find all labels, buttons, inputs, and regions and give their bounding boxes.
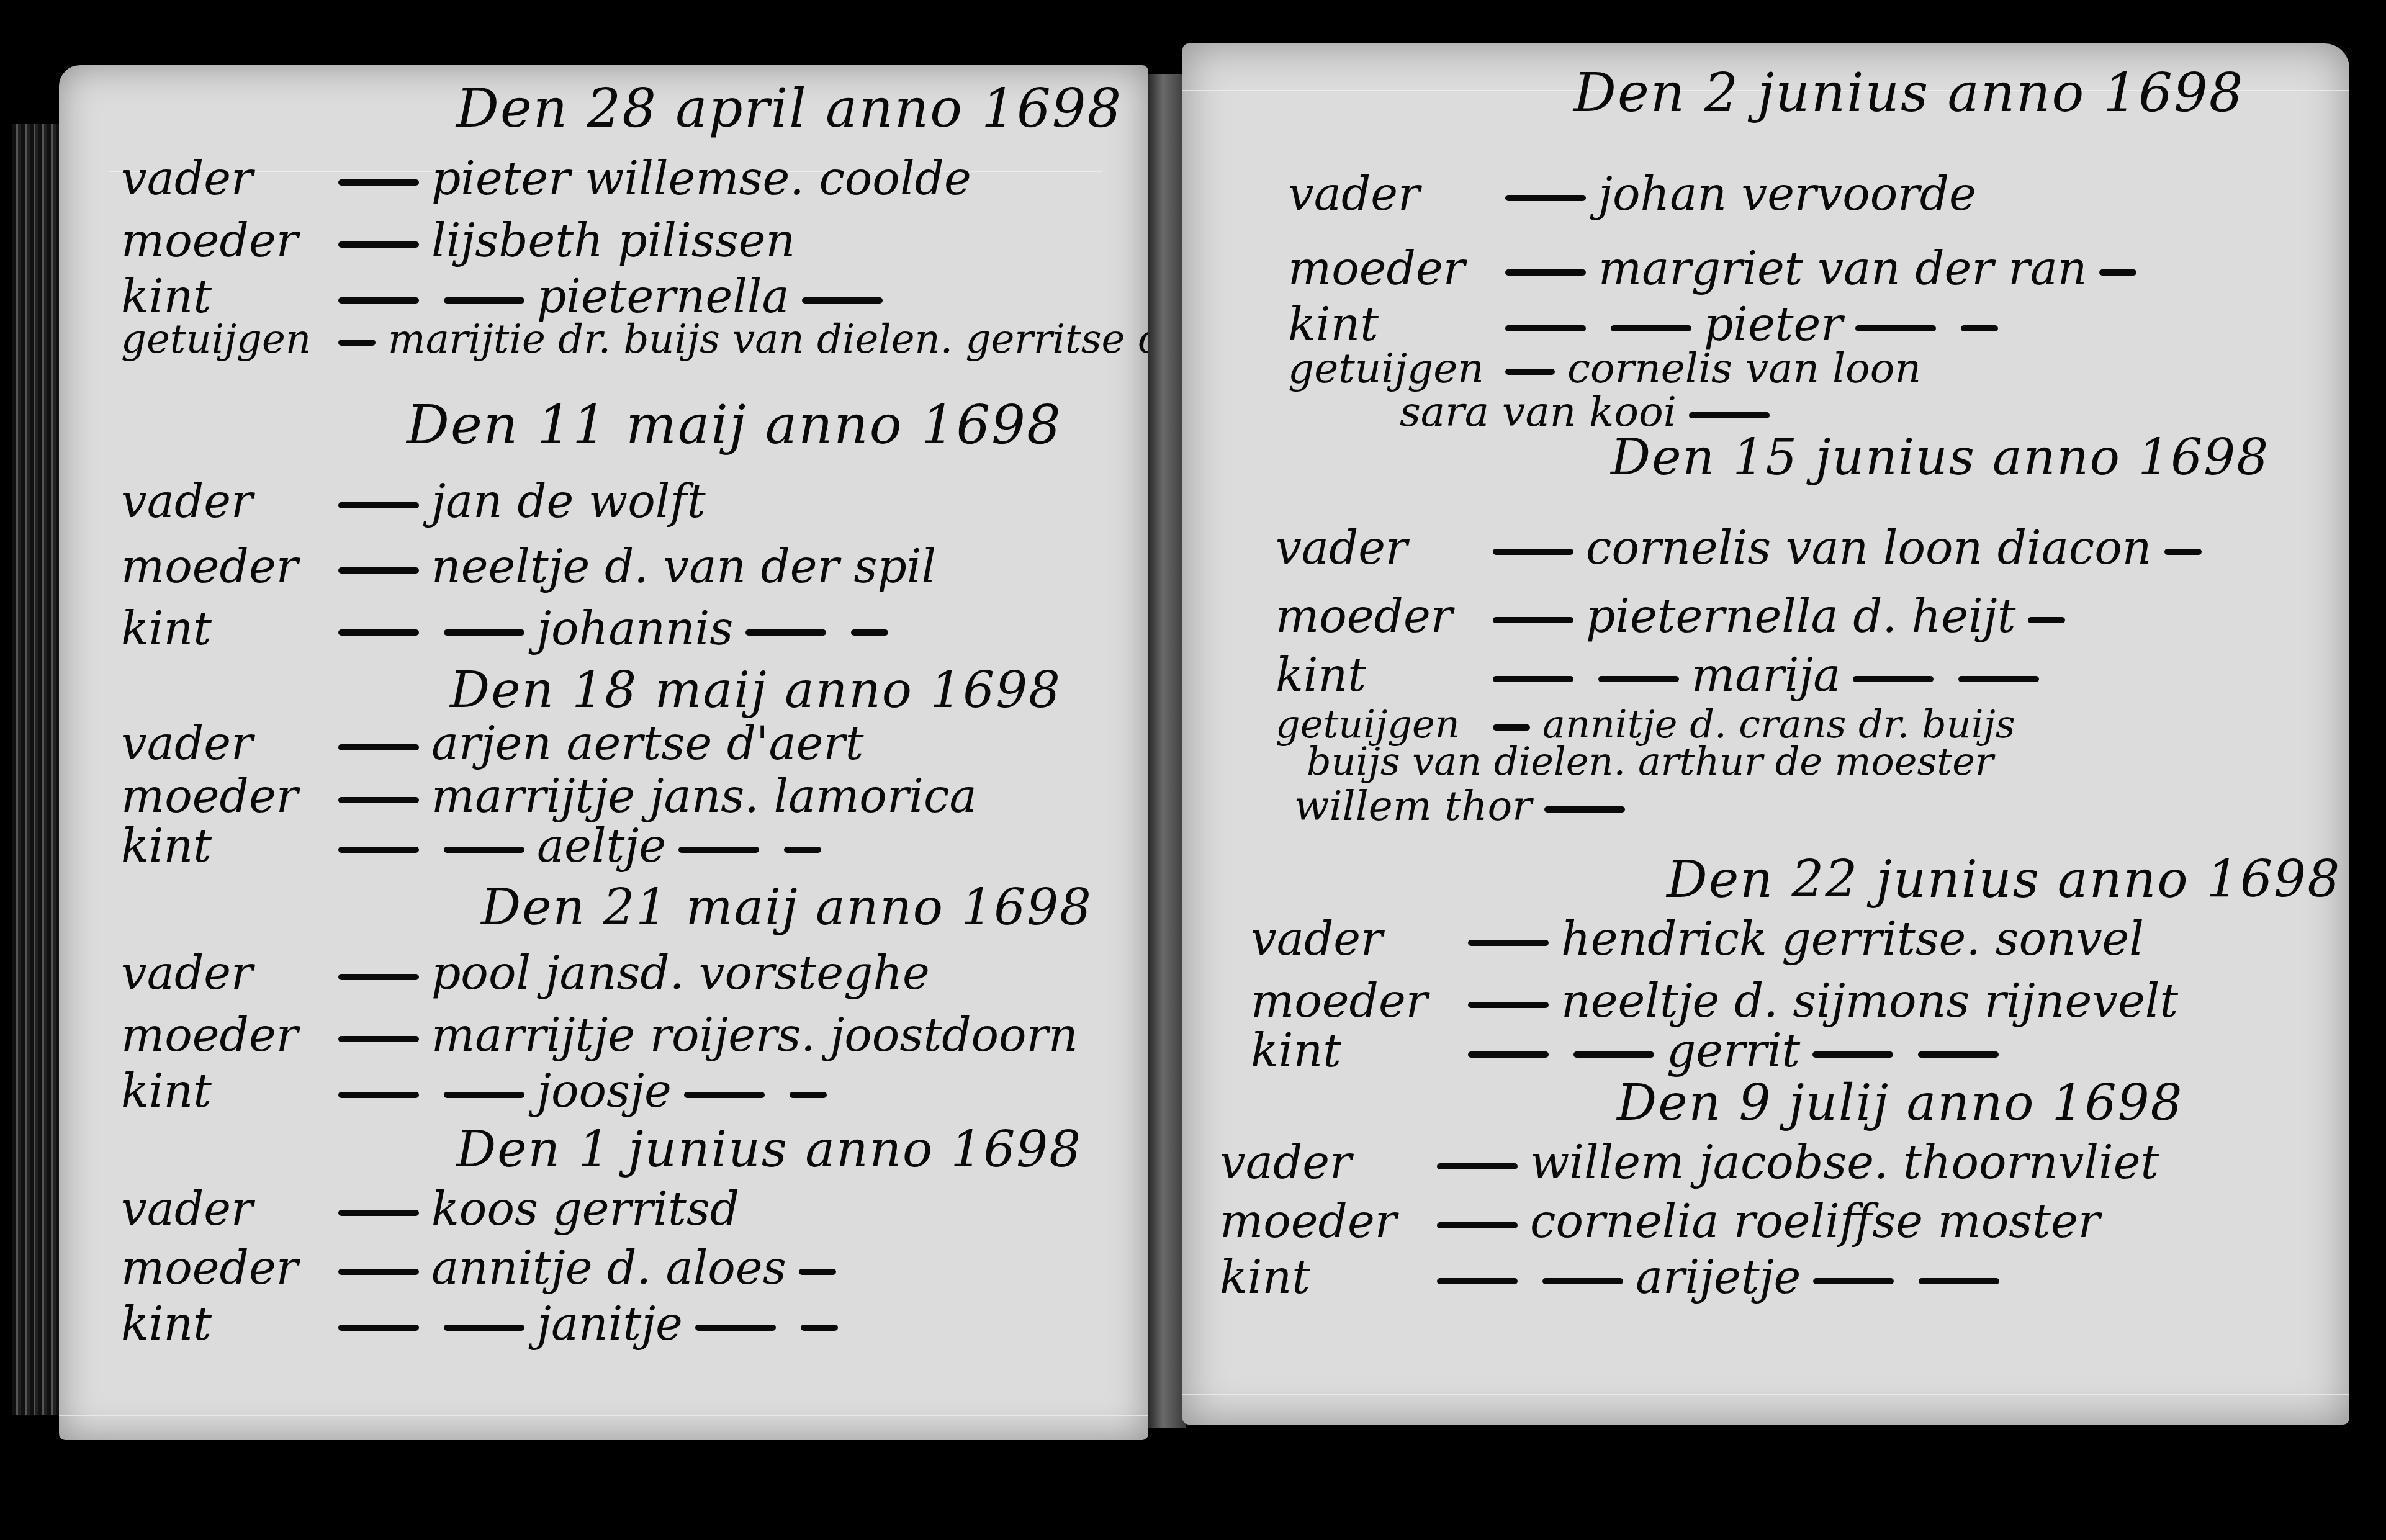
father-name: pieter willemse. coolde — [431, 152, 971, 205]
child-label: kint — [121, 819, 326, 873]
father-row: vaderjohan vervoorde — [1288, 168, 1976, 221]
father-label: vader — [1251, 912, 1456, 966]
entry-date: Den 15 junius anno 1698 — [1611, 428, 2269, 486]
child-label: kint — [121, 602, 326, 655]
page-rule — [1182, 1394, 2349, 1395]
mother-row: moedermarrijtje jans. lamorica — [121, 770, 977, 823]
child-label: kint — [121, 1065, 326, 1118]
mother-name: marrijtje roijers. joostdoorn — [431, 1009, 1078, 1062]
mother-name: lijsbeth pilissen — [431, 214, 795, 268]
father-name: pool jansd. vorsteghe — [431, 947, 930, 1000]
father-name: jan de wolft — [431, 475, 706, 528]
witness-row-continued: willem thor — [1294, 782, 1637, 830]
child-name: arijetje — [1636, 1251, 1801, 1304]
child-label: kint — [1251, 1024, 1456, 1078]
mother-row: moedermargriet van der ran — [1288, 242, 2149, 295]
child-name: pieternella — [537, 270, 790, 323]
entry-date: Den 2 junius anno 1698 — [1573, 62, 2244, 124]
father-name: arjen aertse d'aert — [431, 717, 863, 770]
child-label: kint — [121, 270, 326, 323]
mother-label: moeder — [121, 1009, 326, 1062]
mother-label: moeder — [121, 214, 326, 268]
mother-row: moederannitje d. aloes — [121, 1241, 849, 1295]
mother-row: moederpieternella d. heijt — [1276, 590, 2078, 643]
father-name: johan vervoorde — [1598, 168, 1976, 221]
mother-name: annitje d. aloes — [431, 1241, 786, 1295]
father-row: vaderwillem jacobse. thoornvliet — [1220, 1136, 2159, 1189]
child-label: kint — [1220, 1251, 1425, 1304]
father-name: hendrick gerritse. sonvel — [1561, 912, 2144, 966]
page-rule — [59, 1415, 1148, 1416]
mother-label: moeder — [1288, 242, 1493, 295]
mother-row: moederneeltje d. sijmons rijnevelt — [1251, 975, 2178, 1028]
child-name: gerrit — [1667, 1024, 1800, 1078]
father-row: vaderarjen aertse d'aert — [121, 717, 863, 770]
mother-name: neeltje d. van der spil — [431, 540, 936, 593]
father-label: vader — [121, 1182, 326, 1236]
mother-row: moedermarrijtje roijers. joostdoorn — [121, 1009, 1078, 1062]
father-row: vaderpool jansd. vorsteghe — [121, 947, 930, 1000]
father-name: cornelis van loon diacon — [1586, 521, 2152, 575]
left-page: Den 28 april anno 1698 vaderpieter wille… — [59, 65, 1148, 1440]
child-name: janitje — [537, 1297, 683, 1351]
child-row: kintjanitje — [121, 1297, 850, 1351]
book-gutter — [1148, 74, 1186, 1428]
child-row: kintjohannis — [121, 602, 901, 655]
mother-label: moeder — [121, 770, 326, 823]
mother-label: moeder — [1251, 975, 1456, 1028]
father-row: vaderkoos gerritsd — [121, 1182, 739, 1236]
mother-label: moeder — [121, 1241, 326, 1295]
child-name: johannis — [537, 602, 733, 655]
mother-name: pieternella d. heijt — [1586, 590, 2015, 643]
mother-name: neeltje d. sijmons rijnevelt — [1561, 975, 2178, 1028]
father-name: koos gerritsd — [431, 1182, 739, 1236]
child-row: kintarijetje — [1220, 1251, 2012, 1304]
father-label: vader — [1276, 521, 1480, 575]
child-row: kintpieternella — [121, 270, 895, 323]
child-name: marija — [1691, 649, 1840, 702]
mother-label: moeder — [1220, 1195, 1425, 1248]
child-row: kintaeltje — [121, 819, 834, 873]
witness-label: getuijgen — [121, 317, 326, 362]
child-row: kintmarija — [1276, 649, 2051, 702]
mother-name: cornelia roeliffse moster — [1530, 1195, 2100, 1248]
mother-row: moederneeltje d. van der spil — [121, 540, 936, 593]
child-row: kintpieter — [1288, 298, 2010, 351]
entry-date: Den 22 junius anno 1698 — [1667, 850, 2341, 909]
father-row: vaderjan de wolft — [121, 475, 706, 528]
mother-name: margriet van der ran — [1598, 242, 2087, 295]
father-label: vader — [121, 475, 326, 528]
father-row: vadercornelis van loon diacon — [1276, 521, 2214, 575]
mother-label: moeder — [121, 540, 326, 593]
witness-name: cornelis van loon — [1567, 344, 1921, 392]
father-name: willem jacobse. thoornvliet — [1530, 1136, 2159, 1189]
mother-row: moedercornelia roeliffse moster — [1220, 1195, 2100, 1248]
book-page-edges — [12, 124, 62, 1415]
father-row: vaderhendrick gerritse. sonvel — [1251, 912, 2144, 966]
father-row: vaderpieter willemse. coolde — [121, 152, 971, 205]
witness-row: getuijgenmarijtie dr. buijs van dielen. … — [121, 317, 1276, 362]
child-label: kint — [1276, 649, 1480, 702]
child-name: aeltje — [537, 819, 666, 873]
child-row: kintgerrit — [1251, 1024, 2011, 1078]
father-label: vader — [121, 152, 326, 205]
mother-row: moederlijsbeth pilissen — [121, 214, 795, 268]
child-name: pieter — [1704, 298, 1843, 351]
witness-names: marijtie dr. buijs van dielen. gerritse … — [388, 317, 1276, 362]
mother-name: marrijtje jans. lamorica — [431, 770, 977, 823]
witness-label: getuijgen — [1288, 344, 1493, 392]
witness-names: buijs van dielen. arthur de moester — [1307, 739, 1994, 784]
child-name: joosje — [537, 1065, 672, 1118]
right-page: Den 2 junius anno 1698 vaderjohan vervoo… — [1182, 43, 2349, 1425]
child-label: kint — [1288, 298, 1493, 351]
entry-date: Den 11 maij anno 1698 — [407, 394, 1062, 456]
father-label: vader — [1288, 168, 1493, 221]
witness-row-continued: buijs van dielen. arthur de moester — [1307, 739, 1994, 784]
entry-date: Den 28 april anno 1698 — [456, 78, 1122, 140]
father-label: vader — [121, 717, 326, 770]
father-label: vader — [121, 947, 326, 1000]
mother-label: moeder — [1276, 590, 1480, 643]
entry-date: Den 9 julij anno 1698 — [1617, 1074, 2183, 1132]
witness-names: willem thor — [1294, 782, 1532, 830]
entry-date: Den 18 maij anno 1698 — [450, 661, 1061, 719]
entry-date: Den 21 maij anno 1698 — [481, 878, 1092, 936]
witness-row: getuijgencornelis van loon — [1288, 344, 1921, 392]
father-label: vader — [1220, 1136, 1425, 1189]
child-label: kint — [121, 1297, 326, 1351]
entry-date: Den 1 junius anno 1698 — [456, 1120, 1082, 1178]
child-row: kintjoosje — [121, 1065, 839, 1118]
